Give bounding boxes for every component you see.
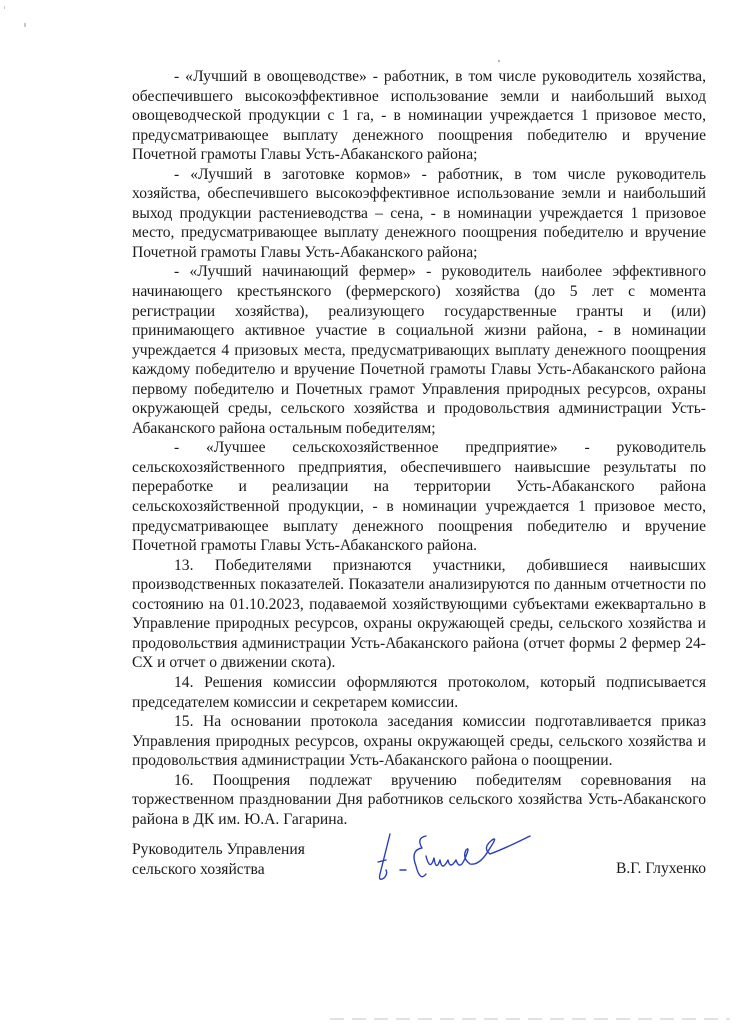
paragraph-item-14: 14. Решения комиссии оформляются протоко…: [132, 673, 706, 712]
signer-title: Руководитель Управления сельского хозяйс…: [132, 840, 305, 879]
paragraph-item-15: 15. На основании протокола заседания ком…: [132, 712, 706, 771]
paragraph-vegetable-nomination: - «Лучший в овощеводстве» - работник, в …: [132, 67, 706, 165]
handwritten-signature-icon: [370, 826, 540, 888]
paragraph-item-16: 16. Поощрения подлежат вручению победите…: [132, 771, 706, 830]
scan-edge-artifact: [330, 1018, 730, 1020]
paragraph-novice-farmer-nomination: - «Лучший начинающий фермер» - руководит…: [132, 262, 706, 438]
signature-block: Руководитель Управления сельского хозяйс…: [132, 840, 706, 890]
signer-name: В.Г. Глухенко: [616, 859, 706, 879]
scan-speck: [24, 23, 26, 27]
signer-title-line-1: Руководитель Управления: [132, 840, 305, 860]
paragraph-forage-nomination: - «Лучший в заготовке кормов» - работник…: [132, 165, 706, 263]
signer-title-line-2: сельского хозяйства: [132, 860, 305, 880]
scan-speck: [498, 60, 500, 62]
scan-speck: [4, 6, 5, 9]
paragraph-enterprise-nomination: - «Лучшее сельскохозяйственное предприят…: [132, 438, 706, 555]
document-body: - «Лучший в овощеводстве» - работник, в …: [132, 67, 706, 829]
paragraph-item-13: 13. Победителями признаются участники, д…: [132, 556, 706, 673]
